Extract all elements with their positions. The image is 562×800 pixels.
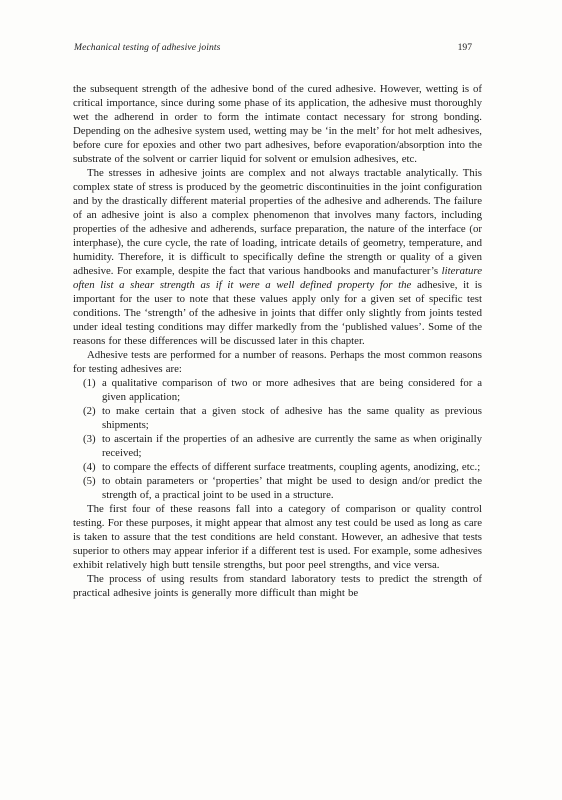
paragraph-wetting: the subsequent strength of the adhesive … (73, 82, 482, 166)
list-item-marker: (4) (83, 460, 96, 474)
list-item: (5) to obtain parameters or ‘properties’… (73, 474, 482, 502)
paragraph-text: The process of using results from standa… (73, 573, 482, 599)
list-item-text: to compare the effects of different surf… (102, 461, 480, 473)
list-item-marker: (5) (83, 474, 96, 488)
list-item-marker: (2) (83, 404, 96, 418)
list-item-marker: (1) (83, 376, 96, 390)
scanned-book-page: Mechanical testing of adhesive joints 19… (0, 0, 562, 800)
paragraph-comparison-quality: The first four of these reasons fall int… (73, 502, 482, 572)
list-item-text: to ascertain if the properties of an adh… (102, 433, 482, 459)
reasons-list: (1) a qualitative comparison of two or m… (73, 376, 482, 502)
running-title: Mechanical testing of adhesive joints (74, 42, 221, 53)
list-item: (1) a qualitative comparison of two or m… (73, 376, 482, 404)
running-header: Mechanical testing of adhesive joints 19… (74, 42, 482, 53)
paragraph-text: The first four of these reasons fall int… (73, 503, 482, 571)
paragraph-test-reasons-intro: Adhesive tests are performed for a numbe… (73, 348, 482, 376)
paragraph-text: the subsequent strength of the adhesive … (73, 83, 482, 165)
list-item: (4) to compare the effects of different … (73, 460, 482, 474)
paragraph-text: The stresses in adhesive joints are comp… (73, 167, 482, 277)
list-item: (2) to make certain that a given stock o… (73, 404, 482, 432)
paragraph-process-results: The process of using results from standa… (73, 572, 482, 600)
list-item-text: a qualitative comparison of two or more … (102, 377, 482, 403)
paragraph-text: Adhesive tests are performed for a numbe… (73, 349, 482, 375)
paragraph-stresses: The stresses in adhesive joints are comp… (73, 166, 482, 348)
list-item: (3) to ascertain if the properties of an… (73, 432, 482, 460)
list-item-text: to obtain parameters or ‘properties’ tha… (102, 475, 482, 501)
page-body: the subsequent strength of the adhesive … (73, 82, 482, 600)
page-number: 197 (458, 42, 482, 53)
list-item-marker: (3) (83, 432, 96, 446)
list-item-text: to make certain that a given stock of ad… (102, 405, 482, 431)
